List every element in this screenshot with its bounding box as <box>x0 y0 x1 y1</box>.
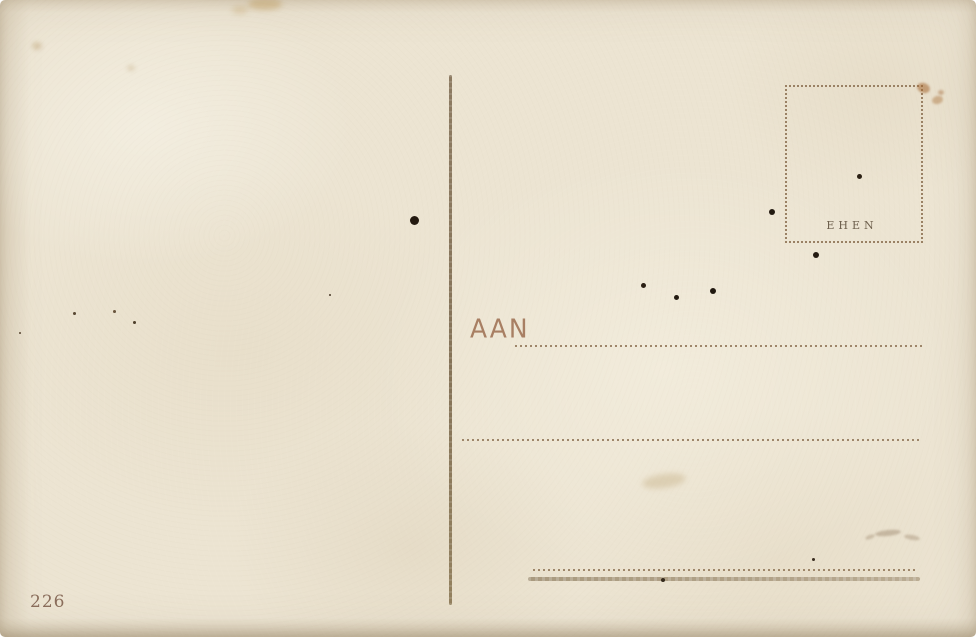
ink-spot <box>641 283 646 288</box>
ink-spot <box>812 558 815 561</box>
address-to-label: AAN <box>470 316 530 342</box>
paper-stain <box>938 90 944 95</box>
ink-spot <box>710 288 716 294</box>
paper-stain <box>232 6 248 14</box>
ink-spot <box>133 321 136 324</box>
paper-stain <box>641 471 687 491</box>
ink-spot <box>113 310 116 313</box>
address-line-2 <box>462 439 922 441</box>
paper-stain <box>875 529 901 538</box>
ink-spot <box>674 295 679 300</box>
ink-spot <box>19 332 21 334</box>
paper-stain <box>931 95 944 106</box>
paper-stain <box>32 42 42 50</box>
center-divider-line <box>449 75 452 605</box>
ink-spot <box>769 209 775 215</box>
paper-stain <box>904 533 921 541</box>
paper-stain <box>865 533 876 540</box>
stamp-box-label: EHEN <box>787 219 917 232</box>
ink-spot <box>329 294 331 296</box>
paper-stain <box>248 0 282 10</box>
address-line-1 <box>515 345 922 347</box>
paper-stain <box>127 65 135 71</box>
ink-spot <box>410 216 419 225</box>
serial-number: 226 <box>30 592 65 612</box>
address-line-underscore <box>528 577 920 581</box>
postcard-back: EHEN AAN 226 <box>0 0 976 637</box>
ink-spot <box>813 252 819 258</box>
address-line-3 <box>533 569 918 571</box>
stamp-box: EHEN <box>785 85 923 243</box>
ink-spot <box>73 312 76 315</box>
